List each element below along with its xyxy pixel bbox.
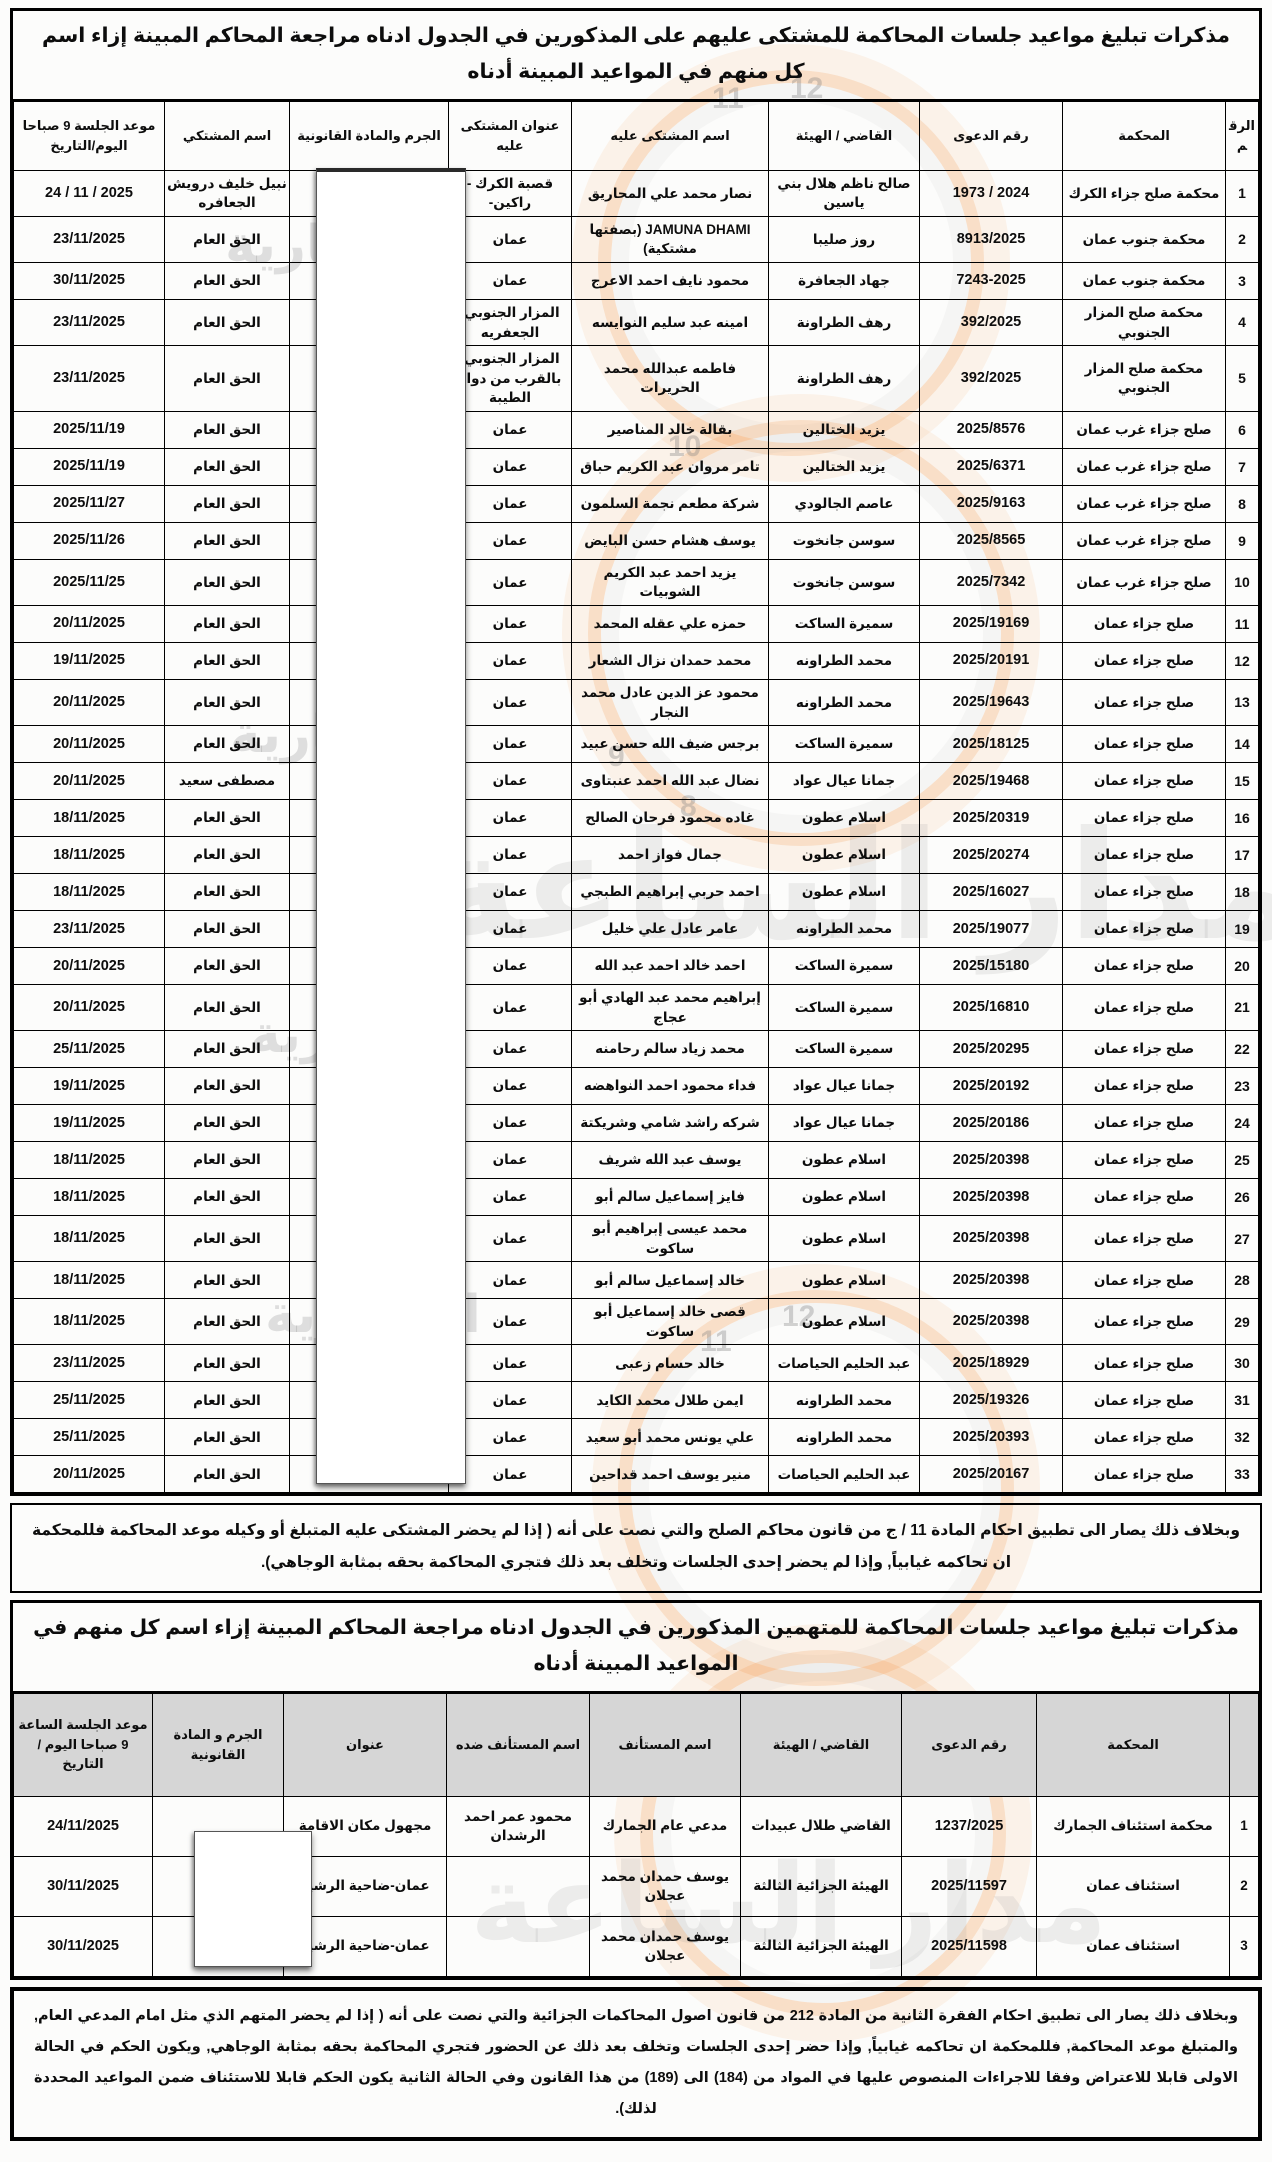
cell-court: صلح جزاء عمان bbox=[1063, 642, 1226, 679]
cell-court: صلح جزاء عمان bbox=[1063, 874, 1226, 911]
cell-defendant-name: خالد إسماعيل سالم أبو bbox=[572, 1262, 769, 1299]
cell-session-date: 24 / 11 / 2025 bbox=[14, 170, 165, 216]
cell-appellee-name bbox=[447, 1856, 590, 1916]
cell-number: 2 bbox=[1230, 1856, 1259, 1916]
table-row: 28صلح جزاء عمان2025/20398اسلام عطونخالد … bbox=[14, 1262, 1259, 1299]
cell-case-number: 392/2025 bbox=[920, 300, 1063, 346]
cell-session-date: 30/11/2025 bbox=[14, 1856, 153, 1916]
cell-defendant-name: غاده محمود فرحان الصالح bbox=[572, 800, 769, 837]
appeals-notices-table-wrapper: مذكرات تبليغ مواعيد جلسات المحاكمة للمته… bbox=[10, 1600, 1262, 1980]
cell-defendant-name: منير يوسف احمد قداحين bbox=[572, 1456, 769, 1493]
cell-number: 3 bbox=[1226, 263, 1259, 300]
cell-session-date: 20/11/2025 bbox=[14, 1456, 165, 1493]
cell-number: 19 bbox=[1226, 911, 1259, 948]
cell-case-number: 2025/16027 bbox=[920, 874, 1063, 911]
cell-session-date: 2025/11/25 bbox=[14, 559, 165, 605]
cell-session-date: 18/11/2025 bbox=[14, 837, 165, 874]
cell-defendant-address: عمان bbox=[449, 763, 572, 800]
cell-case-number: 2025/20274 bbox=[920, 837, 1063, 874]
column-header-court: المحكمة bbox=[1037, 1693, 1230, 1796]
cell-complainant-name: الحق العام bbox=[165, 1382, 290, 1419]
cell-complainant-name: الحق العام bbox=[165, 874, 290, 911]
cell-session-date: 23/11/2025 bbox=[14, 300, 165, 346]
cell-judge: اسلام عطون bbox=[769, 1262, 920, 1299]
cell-case-number: 2025/19468 bbox=[920, 763, 1063, 800]
cell-case-number: 1237/2025 bbox=[902, 1796, 1037, 1856]
cell-case-number: 2025/20186 bbox=[920, 1105, 1063, 1142]
cell-court: صلح جزاء عمان bbox=[1063, 1456, 1226, 1493]
cell-defendant-address: عمان bbox=[449, 1382, 572, 1419]
cell-session-date: 25/11/2025 bbox=[14, 1031, 165, 1068]
table-row: 8صلح جزاء غرب عمان2025/9163عاصم الجالودي… bbox=[14, 485, 1259, 522]
cell-court: محكمة صلح المزار الجنوبي bbox=[1063, 346, 1226, 412]
cell-court: محكمة استئناف الجمارك bbox=[1037, 1796, 1230, 1856]
cell-judge: اسلام عطون bbox=[769, 800, 920, 837]
table-row: 19صلح جزاء عمان2025/19077محمد الطراونهعا… bbox=[14, 911, 1259, 948]
cell-number: 14 bbox=[1226, 726, 1259, 763]
cell-case-number: 2025/8565 bbox=[920, 522, 1063, 559]
cell-number: 6 bbox=[1226, 411, 1259, 448]
cell-judge: سميرة الساكت bbox=[769, 726, 920, 763]
cell-number: 1 bbox=[1226, 170, 1259, 216]
column-header-complainant-name: اسم المشتكي bbox=[165, 101, 290, 170]
cell-defendant-address: عمان bbox=[449, 1345, 572, 1382]
cell-defendant-address: عمان bbox=[449, 874, 572, 911]
cell-complainant-name: الحق العام bbox=[165, 837, 290, 874]
cell-session-date: 20/11/2025 bbox=[14, 605, 165, 642]
cell-court: محكمة صلح جزاء الكرك bbox=[1063, 170, 1226, 216]
cell-defendant-name: إبراهيم محمد عبد الهادي أبو عجاج bbox=[572, 985, 769, 1031]
table-row: 24صلح جزاء عمان2025/20186جمانا عيال عواد… bbox=[14, 1105, 1259, 1142]
cell-appellee-name: محمود عمر احمد الرشدان bbox=[447, 1796, 590, 1856]
cell-number: 25 bbox=[1226, 1142, 1259, 1179]
cell-number: 5 bbox=[1226, 346, 1259, 412]
cell-complainant-name: الحق العام bbox=[165, 948, 290, 985]
cell-defendant-address: قصبة الكرك - راكين- bbox=[449, 170, 572, 216]
cell-case-number: 2025/19326 bbox=[920, 1382, 1063, 1419]
table-row: 9صلح جزاء غرب عمان2025/8565سوسن جانخوتيو… bbox=[14, 522, 1259, 559]
cell-number: 2 bbox=[1226, 216, 1259, 262]
cell-defendant-name: قصى خالد إسماعيل أبو ساكوت bbox=[572, 1299, 769, 1345]
table-row: 31صلح جزاء عمان2025/19326محمد الطراونهاي… bbox=[14, 1382, 1259, 1419]
column-header-court: المحكمة bbox=[1063, 101, 1226, 170]
cell-number: 31 bbox=[1226, 1382, 1259, 1419]
column-header-case-number: رقم الدعوى bbox=[902, 1693, 1037, 1796]
cell-defendant-address: عمان bbox=[449, 216, 572, 262]
cell-court: صلح جزاء عمان bbox=[1063, 800, 1226, 837]
cell-complainant-name: الحق العام bbox=[165, 911, 290, 948]
cell-defendant-name: محمود عز الدين عادل محمد النجار bbox=[572, 679, 769, 725]
cell-case-number: 2025/19077 bbox=[920, 911, 1063, 948]
cell-number: 1 bbox=[1230, 1796, 1259, 1856]
cell-court: محكمة جنوب عمان bbox=[1063, 263, 1226, 300]
cell-number: 20 bbox=[1226, 948, 1259, 985]
table1-header: الرقمالمحكمةرقم الدعوىالقاضي / الهيئةاسم… bbox=[14, 101, 1259, 170]
cell-judge: محمد الطراونه bbox=[769, 642, 920, 679]
cell-defendant-address: عمان bbox=[449, 911, 572, 948]
cell-defendant-address: المزار الجنوبي/ بالقرب من دوار الطيبة bbox=[449, 346, 572, 412]
cell-complainant-name: الحق العام bbox=[165, 1142, 290, 1179]
cell-session-date: 20/11/2025 bbox=[14, 726, 165, 763]
cell-court: صلح جزاء عمان bbox=[1063, 763, 1226, 800]
cell-defendant-name: فداء محمود احمد النواهضه bbox=[572, 1068, 769, 1105]
column-header-appellant-name: اسم المستأنف bbox=[590, 1693, 741, 1796]
cell-defendant-name: يزيد احمد عبد الكريم الشوبيات bbox=[572, 559, 769, 605]
cell-session-date: 23/11/2025 bbox=[14, 216, 165, 262]
cell-complainant-name: الحق العام bbox=[165, 263, 290, 300]
cell-session-date: 18/11/2025 bbox=[14, 874, 165, 911]
table-row: 33صلح جزاء عمان2025/20167عبد الحليم الحي… bbox=[14, 1456, 1259, 1493]
cell-appellant-name: يوسف حمدان محمد عجلان bbox=[590, 1916, 741, 1976]
cell-session-date: 23/11/2025 bbox=[14, 1345, 165, 1382]
cell-session-date: 18/11/2025 bbox=[14, 1262, 165, 1299]
cell-number: 10 bbox=[1226, 559, 1259, 605]
cell-number: 13 bbox=[1226, 679, 1259, 725]
table-row: 17صلح جزاء عمان2025/20274اسلام عطونجمال … bbox=[14, 837, 1259, 874]
cell-judge: الهيئة الجزائية الثالثة bbox=[741, 1916, 902, 1976]
cell-court: صلح جزاء غرب عمان bbox=[1063, 411, 1226, 448]
cell-defendant-address: عمان bbox=[449, 605, 572, 642]
cell-defendant-address: عمان bbox=[449, 411, 572, 448]
table-row: 22صلح جزاء عمان2025/20295سميرة الساكتمحم… bbox=[14, 1031, 1259, 1068]
cell-court: صلح جزاء عمان bbox=[1063, 911, 1226, 948]
cell-number: 16 bbox=[1226, 800, 1259, 837]
cell-court: صلح جزاء عمان bbox=[1063, 679, 1226, 725]
cell-complainant-name: الحق العام bbox=[165, 1216, 290, 1262]
cell-complainant-name: الحق العام bbox=[165, 1262, 290, 1299]
table-row: 11صلح جزاء عمان2025/19169سميرة الساكتحمز… bbox=[14, 605, 1259, 642]
cell-defendant-name: جمال فواز احمد bbox=[572, 837, 769, 874]
cell-number: 24 bbox=[1226, 1105, 1259, 1142]
cell-number: 11 bbox=[1226, 605, 1259, 642]
cell-complainant-name: مصطفى سعيد bbox=[165, 763, 290, 800]
cell-court: صلح جزاء عمان bbox=[1063, 1216, 1226, 1262]
column-header-number: الرقم bbox=[1226, 101, 1259, 170]
cell-defendant-address: عمان bbox=[449, 1179, 572, 1216]
cell-session-date: 20/11/2025 bbox=[14, 985, 165, 1031]
cell-case-number: 7243-2025 bbox=[920, 263, 1063, 300]
table-row: 12صلح جزاء عمان2025/20191محمد الطراونهمح… bbox=[14, 642, 1259, 679]
cell-court: صلح جزاء عمان bbox=[1063, 1068, 1226, 1105]
cell-complainant-name: الحق العام bbox=[165, 1031, 290, 1068]
table-row: 5محكمة صلح المزار الجنوبي392/2025رهف الط… bbox=[14, 346, 1259, 412]
table-row: 20صلح جزاء عمان2025/15180سميرة الساكتاحم… bbox=[14, 948, 1259, 985]
cell-defendant-name: يوسف هشام حسن البايض bbox=[572, 522, 769, 559]
cell-complainant-name: الحق العام bbox=[165, 300, 290, 346]
cell-defendant-name: يوسف عبد الله شريف bbox=[572, 1142, 769, 1179]
court-notices-page: 11 12 10 9 8 12 11 الاخبارية الاخبارية ا… bbox=[0, 0, 1272, 2162]
cell-court: صلح جزاء عمان bbox=[1063, 605, 1226, 642]
table-row: 29صلح جزاء عمان2025/20398اسلام عطونقصى خ… bbox=[14, 1299, 1259, 1345]
cell-session-date: 30/11/2025 bbox=[14, 1916, 153, 1976]
cell-defendant-address: عمان bbox=[449, 1068, 572, 1105]
cell-number: 15 bbox=[1226, 763, 1259, 800]
cell-judge: سوسن جانخوت bbox=[769, 522, 920, 559]
cell-number: 17 bbox=[1226, 837, 1259, 874]
column-header-judge: القاضي / الهيئة bbox=[769, 101, 920, 170]
cell-court: محكمة صلح المزار الجنوبي bbox=[1063, 300, 1226, 346]
cell-defendant-address: عمان bbox=[449, 837, 572, 874]
cell-court: استئناف عمان bbox=[1037, 1916, 1230, 1976]
cell-number: 21 bbox=[1226, 985, 1259, 1031]
cell-defendant-address: عمان bbox=[449, 1216, 572, 1262]
cell-judge: اسلام عطون bbox=[769, 1299, 920, 1345]
cell-defendant-name: محمد زياد سالم رحامنه bbox=[572, 1031, 769, 1068]
cell-defendant-name: عامر عادل علي خليل bbox=[572, 911, 769, 948]
cell-case-number: 2025/20398 bbox=[920, 1179, 1063, 1216]
cell-defendant-name: فاطمه عبدالله محمد الحريرات bbox=[572, 346, 769, 412]
cell-appellee-name bbox=[447, 1916, 590, 1976]
cell-defendant-address: عمان bbox=[449, 1456, 572, 1493]
cell-judge: رهف الطراونة bbox=[769, 346, 920, 412]
cell-judge: جمانا عيال عواد bbox=[769, 1105, 920, 1142]
cell-defendant-address: عمان bbox=[449, 726, 572, 763]
table-row: 14صلح جزاء عمان2025/18125سميرة الساكتبرج… bbox=[14, 726, 1259, 763]
cell-session-date: 23/11/2025 bbox=[14, 911, 165, 948]
cell-court: صلح جزاء عمان bbox=[1063, 1031, 1226, 1068]
cell-complainant-name: الحق العام bbox=[165, 1419, 290, 1456]
cell-defendant-name: نصار محمد علي المحاريق bbox=[572, 170, 769, 216]
column-header-number bbox=[1230, 1693, 1259, 1796]
cell-judge: صالح ناظم هلال بني ياسين bbox=[769, 170, 920, 216]
cell-judge: اسلام عطون bbox=[769, 1179, 920, 1216]
cell-case-number: 2025/20295 bbox=[920, 1031, 1063, 1068]
cell-complainant-name: الحق العام bbox=[165, 448, 290, 485]
column-header-session-date: موعد الجلسة 9 صباحا اليوم/التاريخ bbox=[14, 101, 165, 170]
cell-number: 32 bbox=[1226, 1419, 1259, 1456]
cell-case-number: 2025/20398 bbox=[920, 1299, 1063, 1345]
cell-court: صلح جزاء غرب عمان bbox=[1063, 522, 1226, 559]
table-row: 21صلح جزاء عمان2025/16810سميرة الساكتإبر… bbox=[14, 985, 1259, 1031]
cell-defendant-address: عمان bbox=[449, 1105, 572, 1142]
cell-defendant-name: احمد حربي إبراهيم الطبجي bbox=[572, 874, 769, 911]
cell-court: صلح جزاء عمان bbox=[1063, 1105, 1226, 1142]
cell-defendant-name: نضال عبد الله احمد عنبتاوى bbox=[572, 763, 769, 800]
table-row: 26صلح جزاء عمان2025/20398اسلام عطونفايز … bbox=[14, 1179, 1259, 1216]
cell-case-number: 2025/7342 bbox=[920, 559, 1063, 605]
table-row: 30صلح جزاء عمان2025/18929عبد الحليم الحي… bbox=[14, 1345, 1259, 1382]
cell-complainant-name: الحق العام bbox=[165, 800, 290, 837]
header-row: المحكمةرقم الدعوىالقاضي / الهيئةاسم المس… bbox=[14, 1693, 1259, 1796]
cell-defendant-name: خالد حسام زعبى bbox=[572, 1345, 769, 1382]
cell-session-date: 20/11/2025 bbox=[14, 763, 165, 800]
cell-defendant-name: شركه راشد شامي وشريكتة bbox=[572, 1105, 769, 1142]
cell-defendant-name: ايمن طلال محمد الكايد bbox=[572, 1382, 769, 1419]
cell-judge: القاضي طلال عبيدات bbox=[741, 1796, 902, 1856]
cell-judge: الهيئة الجزائية الثالثة bbox=[741, 1856, 902, 1916]
table1-title: مذكرات تبليغ مواعيد جلسات المحاكمة للمشت… bbox=[13, 11, 1259, 101]
cell-judge: سميرة الساكت bbox=[769, 1031, 920, 1068]
cell-number: 22 bbox=[1226, 1031, 1259, 1068]
cell-defendant-address: عمان bbox=[449, 1031, 572, 1068]
cell-defendant-address: عمان bbox=[449, 448, 572, 485]
cell-case-number: 2025/20192 bbox=[920, 1068, 1063, 1105]
cell-session-date: 20/11/2025 bbox=[14, 948, 165, 985]
table-row: 6صلح جزاء غرب عمان2025/8576يزيد الختالين… bbox=[14, 411, 1259, 448]
table-row: 32صلح جزاء عمان2025/20393محمد الطراونهعل… bbox=[14, 1419, 1259, 1456]
cell-case-number: 2025/16810 bbox=[920, 985, 1063, 1031]
column-header-crime: الجرم والمادة القانونية bbox=[290, 101, 449, 170]
cell-complainant-name: الحق العام bbox=[165, 726, 290, 763]
cell-number: 7 bbox=[1226, 448, 1259, 485]
cell-complainant-name: الحق العام bbox=[165, 411, 290, 448]
cell-defendant-name: JAMUNA DHAMI (بصفتها مشتكية) bbox=[572, 216, 769, 262]
cell-session-date: 30/11/2025 bbox=[14, 263, 165, 300]
cell-judge: سميرة الساكت bbox=[769, 605, 920, 642]
cell-complainant-name: الحق العام bbox=[165, 1068, 290, 1105]
cell-number: 8 bbox=[1226, 485, 1259, 522]
cell-session-date: 2025/11/19 bbox=[14, 448, 165, 485]
cell-defendant-name: برجس ضيف الله حسن عبيد bbox=[572, 726, 769, 763]
cell-session-date: 19/11/2025 bbox=[14, 642, 165, 679]
cell-defendant-name: بقالة خالد المناصير bbox=[572, 411, 769, 448]
cell-court: صلح جزاء عمان bbox=[1063, 726, 1226, 763]
cell-case-number: 2025/18929 bbox=[920, 1345, 1063, 1382]
cell-judge: يزيد الختالين bbox=[769, 411, 920, 448]
cell-session-date: 25/11/2025 bbox=[14, 1419, 165, 1456]
table-row: 13صلح جزاء عمان2025/19643محمد الطراونهمح… bbox=[14, 679, 1259, 725]
cell-complainant-name: الحق العام bbox=[165, 485, 290, 522]
cell-number: 26 bbox=[1226, 1179, 1259, 1216]
cell-defendant-name: علي يونس محمد أبو سعيد bbox=[572, 1419, 769, 1456]
cell-court: محكمة جنوب عمان bbox=[1063, 216, 1226, 262]
legal-note-appeals: وبخلاف ذلك يصار الى تطبيق احكام الفقرة ا… bbox=[10, 1987, 1262, 2142]
cell-defendant-name: امينه عبد سليم النوايسه bbox=[572, 300, 769, 346]
cell-defendant-address: عمان bbox=[449, 522, 572, 559]
cell-judge: عاصم الجالودي bbox=[769, 485, 920, 522]
cell-complainant-name: الحق العام bbox=[165, 346, 290, 412]
cell-court: صلح جزاء عمان bbox=[1063, 1419, 1226, 1456]
table-row: 3محكمة جنوب عمان7243-2025جهاد الجعافرةمح… bbox=[14, 263, 1259, 300]
cell-defendant-address: المزار الجنوبي/ الجعفريه bbox=[449, 300, 572, 346]
cell-complainant-name: الحق العام bbox=[165, 985, 290, 1031]
table-row: 1محكمة صلح جزاء الكرك1973 / 2024صالح ناظ… bbox=[14, 170, 1259, 216]
cell-session-date: 18/11/2025 bbox=[14, 1216, 165, 1262]
table2-title: مذكرات تبليغ مواعيد جلسات المحاكمة للمته… bbox=[13, 1603, 1259, 1693]
column-header-appellee-name: اسم المستأنف ضده bbox=[447, 1693, 590, 1796]
cell-judge: اسلام عطون bbox=[769, 1142, 920, 1179]
cell-number: 23 bbox=[1226, 1068, 1259, 1105]
column-header-session-date: موعد الجلسة الساعة 9 صباحا اليوم / التار… bbox=[14, 1693, 153, 1796]
cell-defendant-address: عمان bbox=[449, 559, 572, 605]
cell-complainant-name: الحق العام bbox=[165, 216, 290, 262]
cell-number: 30 bbox=[1226, 1345, 1259, 1382]
column-header-address: عنوان bbox=[284, 1693, 447, 1796]
cell-defendant-address: عمان bbox=[449, 679, 572, 725]
cell-session-date: 24/11/2025 bbox=[14, 1796, 153, 1856]
cell-judge: سميرة الساكت bbox=[769, 948, 920, 985]
cell-defendant-name: محمد حمدان نزال الشعار bbox=[572, 642, 769, 679]
cell-court: صلح جزاء عمان bbox=[1063, 985, 1226, 1031]
cell-judge: يزيد الختالين bbox=[769, 448, 920, 485]
cell-case-number: 2025/20398 bbox=[920, 1142, 1063, 1179]
cell-complainant-name: الحق العام bbox=[165, 559, 290, 605]
cell-judge: محمد الطراونه bbox=[769, 679, 920, 725]
cell-session-date: 2025/11/19 bbox=[14, 411, 165, 448]
cell-defendant-name: تامر مروان عبد الكريم حباق bbox=[572, 448, 769, 485]
cell-case-number: 2025/8576 bbox=[920, 411, 1063, 448]
cell-complainant-name: الحق العام bbox=[165, 642, 290, 679]
table-row: 18صلح جزاء عمان2025/16027اسلام عطوناحمد … bbox=[14, 874, 1259, 911]
table-row: 25صلح جزاء عمان2025/20398اسلام عطونيوسف … bbox=[14, 1142, 1259, 1179]
cell-complainant-name: الحق العام bbox=[165, 605, 290, 642]
cell-court: صلح جزاء عمان bbox=[1063, 1345, 1226, 1382]
cell-session-date: 25/11/2025 bbox=[14, 1382, 165, 1419]
cell-case-number: 2025/18125 bbox=[920, 726, 1063, 763]
cell-judge: جهاد الجعافرة bbox=[769, 263, 920, 300]
cell-number: 12 bbox=[1226, 642, 1259, 679]
cell-case-number: 8913/2025 bbox=[920, 216, 1063, 262]
cell-case-number: 1973 / 2024 bbox=[920, 170, 1063, 216]
cell-session-date: 23/11/2025 bbox=[14, 346, 165, 412]
table2-header: المحكمةرقم الدعوىالقاضي / الهيئةاسم المس… bbox=[14, 1693, 1259, 1796]
header-row: الرقمالمحكمةرقم الدعوىالقاضي / الهيئةاسم… bbox=[14, 101, 1259, 170]
cell-case-number: 2025/6371 bbox=[920, 448, 1063, 485]
cell-court: صلح جزاء عمان bbox=[1063, 1382, 1226, 1419]
cell-appellant-name: يوسف حمدان محمد عجلان bbox=[590, 1856, 741, 1916]
cell-judge: رهف الطراونة bbox=[769, 300, 920, 346]
cell-court: صلح جزاء عمان bbox=[1063, 837, 1226, 874]
cell-judge: جمانا عيال عواد bbox=[769, 1068, 920, 1105]
cell-number: 27 bbox=[1226, 1216, 1259, 1262]
cell-court: صلح جزاء عمان bbox=[1063, 1299, 1226, 1345]
cell-court: صلح جزاء عمان bbox=[1063, 1262, 1226, 1299]
cell-judge: روز صليبا bbox=[769, 216, 920, 262]
cell-complainant-name: الحق العام bbox=[165, 522, 290, 559]
cell-defendant-address: عمان bbox=[449, 642, 572, 679]
cell-court: صلح جزاء غرب عمان bbox=[1063, 559, 1226, 605]
cell-court: صلح جزاء عمان bbox=[1063, 1179, 1226, 1216]
cell-number: 29 bbox=[1226, 1299, 1259, 1345]
table-row: 27صلح جزاء عمان2025/20398اسلام عطونمحمد … bbox=[14, 1216, 1259, 1262]
cell-defendant-address: عمان bbox=[449, 1299, 572, 1345]
cell-complainant-name: الحق العام bbox=[165, 679, 290, 725]
cell-case-number: 2025/11597 bbox=[902, 1856, 1037, 1916]
cell-defendant-name: حمزه علي عقله المحمد bbox=[572, 605, 769, 642]
cell-session-date: 18/11/2025 bbox=[14, 1299, 165, 1345]
legal-note-misdemeanour: وبخلاف ذلك يصار الى تطبيق احكام المادة 1… bbox=[10, 1503, 1262, 1593]
cell-defendant-address: عمان bbox=[449, 263, 572, 300]
cell-defendant-address: عمان bbox=[449, 948, 572, 985]
crime-column-redaction-box bbox=[316, 168, 466, 1484]
column-header-crime: الجرم و المادة القانونية bbox=[153, 1693, 284, 1796]
cell-number: 9 bbox=[1226, 522, 1259, 559]
cell-session-date: 18/11/2025 bbox=[14, 800, 165, 837]
cell-complainant-name: الحق العام bbox=[165, 1456, 290, 1493]
misdemeanour-notices-table-wrapper: مذكرات تبليغ مواعيد جلسات المحاكمة للمشت… bbox=[10, 8, 1262, 1496]
cell-session-date: 19/11/2025 bbox=[14, 1105, 165, 1142]
cell-court: صلح جزاء غرب عمان bbox=[1063, 448, 1226, 485]
column-header-case-number: رقم الدعوى bbox=[920, 101, 1063, 170]
cell-court: صلح جزاء غرب عمان bbox=[1063, 485, 1226, 522]
cell-defendant-name: احمد خالد احمد عبد الله bbox=[572, 948, 769, 985]
cell-court: استئناف عمان bbox=[1037, 1856, 1230, 1916]
cell-number: 33 bbox=[1226, 1456, 1259, 1493]
cell-defendant-name: فايز إسماعيل سالم أبو bbox=[572, 1179, 769, 1216]
table-row: 16صلح جزاء عمان2025/20319اسلام عطونغاده … bbox=[14, 800, 1259, 837]
cell-session-date: 19/11/2025 bbox=[14, 1068, 165, 1105]
cell-defendant-address: عمان bbox=[449, 1419, 572, 1456]
cell-session-date: 20/11/2025 bbox=[14, 679, 165, 725]
cell-court: صلح جزاء عمان bbox=[1063, 948, 1226, 985]
cell-case-number: 2025/20393 bbox=[920, 1419, 1063, 1456]
cell-case-number: 2025/20191 bbox=[920, 642, 1063, 679]
cell-judge: اسلام عطون bbox=[769, 1216, 920, 1262]
cell-case-number: 2025/11598 bbox=[902, 1916, 1037, 1976]
table-row: 2محكمة جنوب عمان8913/2025روز صليباJAMUNA… bbox=[14, 216, 1259, 262]
cell-defendant-address: عمان bbox=[449, 1262, 572, 1299]
cell-defendant-address: عمان bbox=[449, 800, 572, 837]
